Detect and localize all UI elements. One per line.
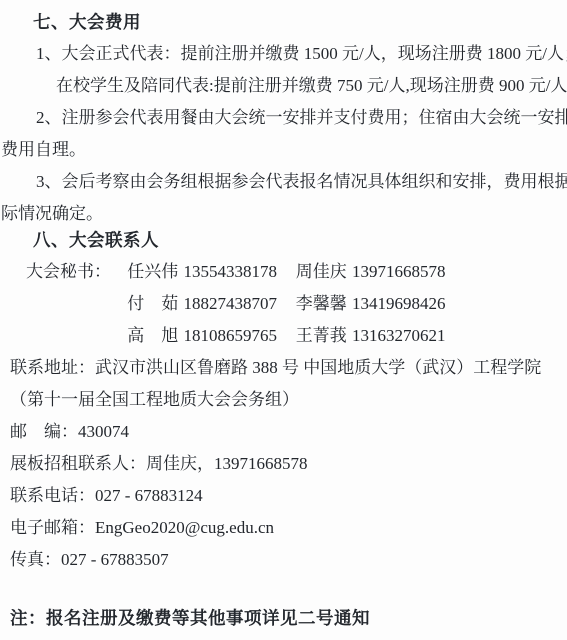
contact-phone: 18108659765 <box>184 320 292 352</box>
fax-line: 传真：027 - 67883507 <box>10 544 567 576</box>
email-line: 电子邮箱：EngGeo2020@cug.edu.cn <box>10 512 567 544</box>
fees-line-meals-lodging: 2、注册参会代表用餐由大会统一安排并支付费用；住宿由大会统一安排， <box>36 102 567 134</box>
secretary-row-1: 大会秘书： 任兴伟 13554338178 周佳庆 13971668578 <box>26 256 567 288</box>
phone-value: 027 - 67883124 <box>95 486 203 505</box>
contact-phone: 13419698426 <box>352 288 460 320</box>
contact-phone: 13971668578 <box>352 256 460 288</box>
secretary-row-2: 付 茹 18827438707 李馨馨 13419698426 <box>26 288 567 320</box>
contact-name: 付 茹 <box>127 288 179 320</box>
fees-line-official-delegates: 1、大会正式代表：提前注册并缴费 1500 元/人，现场注册费 1800 元/人… <box>36 38 567 70</box>
email-label: 电子邮箱： <box>10 518 95 537</box>
postal-label: 邮 编： <box>10 422 78 441</box>
booth-contact-value: 周佳庆，13971668578 <box>146 454 308 473</box>
secretary-row-3: 高 旭 18108659765 王菁莪 13163270621 <box>26 320 567 352</box>
contact-name: 周佳庆 <box>296 256 348 288</box>
fax-label: 传真： <box>10 550 61 569</box>
phone-line: 联系电话：027 - 67883124 <box>10 480 567 512</box>
fax-value: 027 - 67883507 <box>61 550 169 569</box>
address-line-2: （第十一届全国工程地质大会会务组） <box>10 384 567 416</box>
postal-value: 430074 <box>78 422 129 441</box>
section-fees: 七、大会费用 1、大会正式代表：提前注册并缴费 1500 元/人，现场注册费 1… <box>0 6 567 230</box>
address-line: 联系地址：武汉市洪山区鲁磨路 388 号 中国地质大学（武汉）工程学院 <box>10 352 567 384</box>
contact-name: 高 旭 <box>127 320 179 352</box>
contact-phone: 18827438707 <box>184 288 292 320</box>
postal-line: 邮 编：430074 <box>10 416 567 448</box>
document-page: 七、大会费用 1、大会正式代表：提前注册并缴费 1500 元/人，现场注册费 1… <box>0 0 567 640</box>
fees-line-post-conference-tour: 3、会后考察由会务组根据参会代表报名情况具体组织和安排，费用根据实 <box>36 166 567 198</box>
email-value: EngGeo2020@cug.edu.cn <box>95 518 274 537</box>
secretary-label: 大会秘书： <box>26 256 123 288</box>
address-label: 联系地址： <box>10 358 95 377</box>
contact-name: 任兴伟 <box>127 256 179 288</box>
fees-line-meals-lodging-cont: 费用自理。 <box>1 134 567 166</box>
fees-line-students-delegates: 在校学生及陪同代表:提前注册并缴费 750 元/人,现场注册费 900 元/人。 <box>56 70 567 102</box>
booth-contact-label: 展板招租联系人： <box>10 454 146 473</box>
registration-note: 注：报名注册及缴费等其他事项详见二号通知 <box>10 602 567 634</box>
address-value: 武汉市洪山区鲁磨路 388 号 中国地质大学（武汉）工程学院 <box>95 358 541 377</box>
section-contacts: 八、大会联系人 大会秘书： 任兴伟 13554338178 周佳庆 139716… <box>0 224 567 576</box>
contact-phone: 13554338178 <box>184 256 292 288</box>
contact-phone: 13163270621 <box>352 320 460 352</box>
contact-name: 李馨馨 <box>296 288 348 320</box>
booth-contact-line: 展板招租联系人：周佳庆，13971668578 <box>10 448 567 480</box>
contact-name: 王菁莪 <box>296 320 348 352</box>
phone-label: 联系电话： <box>10 486 95 505</box>
section-fees-heading: 七、大会费用 <box>33 6 567 38</box>
section-contacts-heading: 八、大会联系人 <box>33 224 567 256</box>
